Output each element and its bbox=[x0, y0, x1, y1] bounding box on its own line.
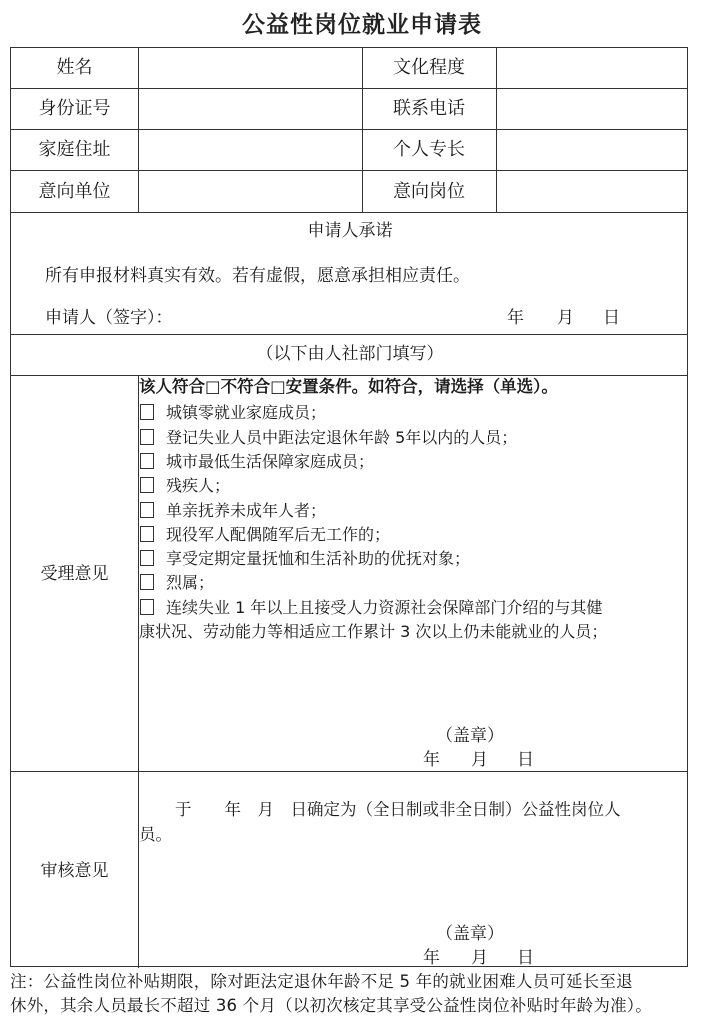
acceptance-date-day: 日 bbox=[517, 745, 534, 770]
label-name: 姓名 bbox=[11, 58, 138, 78]
option-zero-employment-family[interactable]: 城镇零就业家庭成员； bbox=[139, 401, 326, 424]
label-address: 家庭住址 bbox=[11, 140, 138, 160]
option-military-spouse[interactable]: 现役军人配偶随军后无工作的； bbox=[139, 523, 390, 546]
label-education: 文化程度 bbox=[362, 58, 496, 78]
row-divider bbox=[11, 88, 687, 89]
column-divider bbox=[496, 48, 497, 212]
checkbox[interactable] bbox=[140, 429, 154, 445]
row-divider bbox=[11, 334, 687, 335]
row-divider bbox=[11, 771, 687, 772]
pledge-statement: 所有申报材料真实有效。若有虚假，愿意承担相应责任。 bbox=[45, 261, 470, 286]
id-number-field[interactable] bbox=[140, 91, 360, 128]
checkbox[interactable] bbox=[140, 599, 154, 615]
checkbox[interactable] bbox=[140, 550, 154, 566]
acceptance-date-month: 月 bbox=[471, 745, 488, 770]
acceptance-date-year: 年 bbox=[423, 745, 440, 770]
option-preferential-treatment[interactable]: 享受定期定量抚恤和生活补助的优抚对象； bbox=[139, 547, 470, 570]
label-intended-employer: 意向单位 bbox=[11, 182, 138, 202]
review-label: 审核意见 bbox=[11, 861, 138, 881]
signature-label[interactable]: 申请人（签字）： bbox=[45, 303, 173, 328]
review-text-line1: 于 年 月 日确定为（全日制或非全日制）公益性岗位人 bbox=[139, 798, 621, 822]
acceptance-seal: （盖章） bbox=[436, 721, 504, 746]
intended-employer-field[interactable] bbox=[140, 173, 360, 211]
review-date-year: 年 bbox=[423, 943, 440, 968]
review-text-line2: 员。 bbox=[139, 823, 172, 847]
checkbox[interactable] bbox=[140, 526, 154, 542]
label-id-number: 身份证号 bbox=[11, 99, 138, 119]
form-title: 公益性岗位就业申请表 bbox=[0, 6, 724, 39]
education-field[interactable] bbox=[498, 50, 686, 87]
checkbox[interactable] bbox=[140, 404, 154, 420]
option-martyr-family[interactable]: 烈属； bbox=[139, 571, 214, 594]
skills-field[interactable] bbox=[498, 132, 686, 169]
phone-field[interactable] bbox=[498, 91, 686, 128]
checkbox[interactable] bbox=[140, 574, 154, 590]
acceptance-intro: 该人符合□不符合□安置条件。如符合，请选择（单选）。 bbox=[139, 375, 558, 399]
option-long-term-unemployed[interactable]: 连续失业 1 年以上且接受人力资源社会保障部门介绍的与其健 bbox=[139, 596, 602, 619]
option-near-retirement[interactable]: 登记失业人员中距法定退休年龄 5年以内的人员； bbox=[139, 426, 517, 449]
review-seal: （盖章） bbox=[436, 919, 504, 944]
label-phone: 联系电话 bbox=[362, 99, 496, 119]
label-intended-position: 意向岗位 bbox=[362, 182, 496, 202]
column-divider bbox=[138, 48, 139, 212]
acceptance-label: 受理意见 bbox=[11, 564, 138, 584]
row-divider bbox=[11, 170, 687, 171]
dept-section-heading: （以下由人社部门填写） bbox=[11, 344, 689, 364]
name-field[interactable] bbox=[140, 50, 360, 87]
row-divider bbox=[11, 129, 687, 130]
row-divider bbox=[11, 212, 687, 213]
option-long-term-unemployed-continuation: 康状况、劳动能力等相适应工作累计 3 次以上仍未能就业的人员； bbox=[139, 620, 607, 643]
application-form-table: 姓名 文化程度 身份证号 联系电话 家庭住址 个人专长 意向单位 意向岗位 申请… bbox=[10, 47, 688, 967]
intended-position-field[interactable] bbox=[498, 173, 686, 211]
option-single-parent[interactable]: 单亲抚养未成年人者； bbox=[139, 499, 326, 522]
footnote: 注：公益性岗位补贴期限，除对距法定退休年龄不足 5 年的就业困难人员可延长至退 … bbox=[10, 970, 722, 1018]
checkbox[interactable] bbox=[140, 453, 154, 469]
option-disabled[interactable]: 残疾人； bbox=[139, 474, 230, 497]
review-date-month: 月 bbox=[471, 943, 488, 968]
pledge-date-year: 年 bbox=[507, 303, 524, 328]
checkbox[interactable] bbox=[140, 502, 154, 518]
pledge-date-day: 日 bbox=[603, 303, 620, 328]
checkbox[interactable] bbox=[140, 477, 154, 493]
pledge-heading: 申请人承诺 bbox=[11, 221, 689, 241]
footnote-line2: 休外，其余人员最长不超过 36 个月（以初次核定其享受公益性岗位补贴时年龄为准）… bbox=[10, 994, 722, 1018]
address-field[interactable] bbox=[140, 132, 360, 169]
pledge-date-month: 月 bbox=[557, 303, 574, 328]
review-date-day: 日 bbox=[517, 943, 534, 968]
label-skills: 个人专长 bbox=[362, 140, 496, 160]
option-minimum-living-allowance[interactable]: 城市最低生活保障家庭成员； bbox=[139, 450, 374, 473]
footnote-line1: 注：公益性岗位补贴期限，除对距法定退休年龄不足 5 年的就业困难人员可延长至退 bbox=[10, 970, 722, 994]
